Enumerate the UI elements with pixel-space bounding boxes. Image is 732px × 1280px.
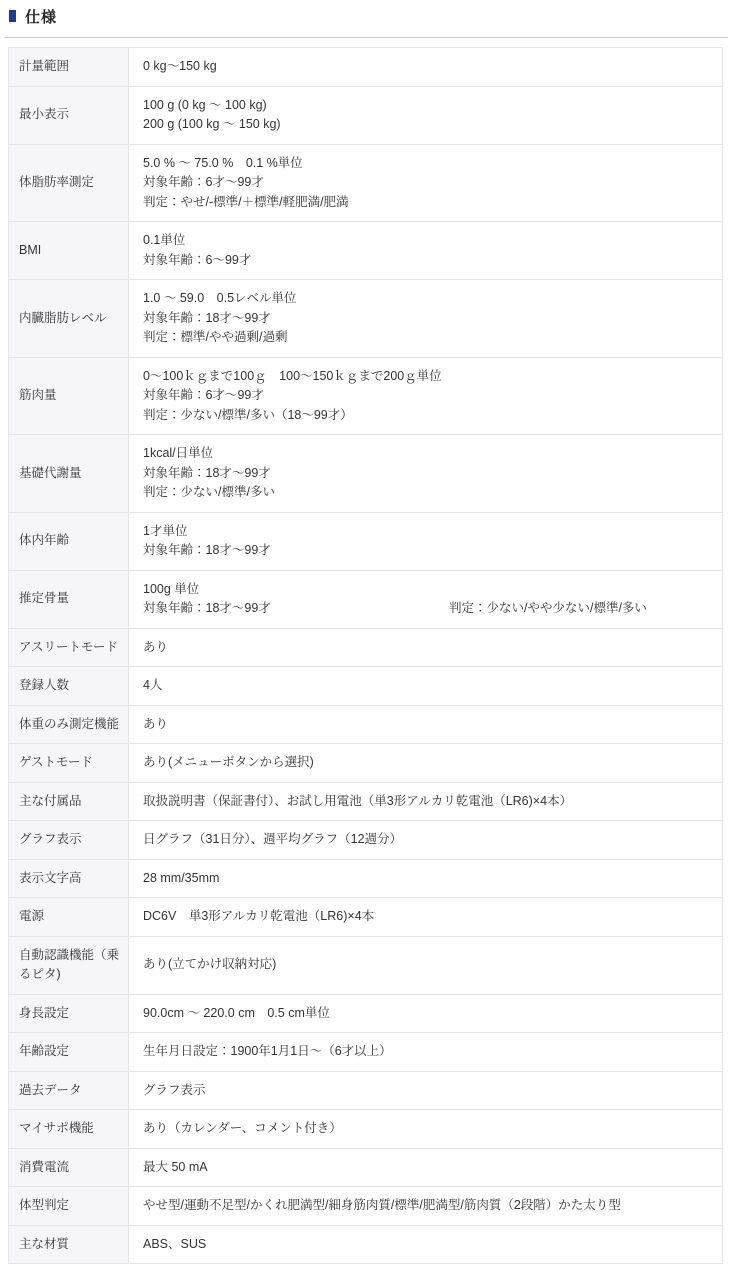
spec-value-text: 28 mm/35mm (143, 871, 219, 885)
spec-label: 体脂肪率測定 (9, 144, 129, 222)
spec-value: 1.0 ～ 59.0 0.5レベル単位対象年齢：18才～99才判定：標準/やや過… (129, 280, 723, 358)
spec-value-text: 判定：やせ/-標準/＋標準/軽肥満/肥満 (143, 195, 349, 209)
spec-row: 体内年齢1才単位対象年齢：18才～99才 (9, 512, 723, 570)
spec-value-line: 90.0cm ～ 220.0 cm 0.5 cm単位 (143, 1004, 712, 1024)
spec-value-text: 1才単位 (143, 524, 187, 538)
spec-row: グラフ表示日グラフ（31日分）、週平均グラフ（12週分） (9, 821, 723, 860)
spec-value-text: 対象年齢：18才～99才 (143, 601, 271, 615)
spec-value-text: 生年月日設定：1900年1月1日～（6才以上） (143, 1044, 392, 1058)
spec-value-text: 対象年齢：6才～99才 (143, 175, 264, 189)
spec-value-line: あり（カレンダー、コメント付き） (143, 1119, 712, 1139)
spec-label: 年齢設定 (9, 1033, 129, 1072)
spec-value-line: 生年月日設定：1900年1月1日～（6才以上） (143, 1042, 712, 1062)
spec-value-line: 4人 (143, 676, 712, 696)
spec-row: 筋肉量0～100ｋｇまで100ｇ 100～150ｋｇまで200ｇ単位対象年齢：6… (9, 357, 723, 435)
spec-row: 体重のみ測定機能あり (9, 705, 723, 744)
spec-row: ゲストモードあり(メニューボタンから選択) (9, 744, 723, 783)
spec-value-line: 0.1単位 (143, 231, 712, 251)
spec-value-line: 対象年齢：6～99才 (143, 251, 712, 271)
spec-label: グラフ表示 (9, 821, 129, 860)
section-bullet-icon (9, 10, 16, 22)
spec-value-line: ABS、SUS (143, 1235, 712, 1255)
spec-label: 体内年齢 (9, 512, 129, 570)
spec-value-line: あり (143, 638, 712, 658)
spec-value: ABS、SUS (129, 1225, 723, 1264)
spec-value-line: 100 g (0 kg ～ 100 kg) (143, 96, 712, 116)
spec-label: 体型判定 (9, 1187, 129, 1226)
spec-value: 最大 50 mA (129, 1148, 723, 1187)
header-divider (4, 37, 728, 38)
spec-value: 4人 (129, 667, 723, 706)
spec-value-text: 判定：少ない/標準/多い（18～99才） (143, 408, 353, 422)
spec-row: 最小表示100 g (0 kg ～ 100 kg)200 g (100 kg ～… (9, 86, 723, 144)
spec-value-text: 日グラフ（31日分）、週平均グラフ（12週分） (143, 832, 402, 846)
spec-label: ゲストモード (9, 744, 129, 783)
spec-row: 体型判定やせ型/運動不足型/かくれ肥満型/細身筋肉質/標準/肥満型/筋肉質（2段… (9, 1187, 723, 1226)
spec-value-text: DC6V 単3形アルカリ乾電池（LR6)×4本 (143, 909, 374, 923)
spec-value: やせ型/運動不足型/かくれ肥満型/細身筋肉質/標準/肥満型/筋肉質（2段階）かた… (129, 1187, 723, 1226)
spec-value: 1kcal/日単位対象年齢：18才～99才判定：少ない/標準/多い (129, 435, 723, 513)
spec-row: 登録人数4人 (9, 667, 723, 706)
spec-value-line: 1.0 ～ 59.0 0.5レベル単位 (143, 289, 712, 309)
spec-value: あり（カレンダー、コメント付き） (129, 1110, 723, 1149)
spec-row: 自動認識機能（乗るピタ)あり(立てかけ収納対応) (9, 936, 723, 994)
spec-value-text: 100g 単位 (143, 582, 199, 596)
spec-value: 90.0cm ～ 220.0 cm 0.5 cm単位 (129, 994, 723, 1033)
spec-label: 電源 (9, 898, 129, 937)
spec-value-line: 対象年齢：18才～99才 (143, 541, 712, 561)
spec-value-line: 28 mm/35mm (143, 869, 712, 889)
spec-value-text: 5.0 % ～ 75.0 % 0.1 %単位 (143, 156, 303, 170)
spec-value: 0 kg～150 kg (129, 48, 723, 87)
spec-value-line: グラフ表示 (143, 1081, 712, 1101)
spec-value: 日グラフ（31日分）、週平均グラフ（12週分） (129, 821, 723, 860)
spec-value-text: 対象年齢：18才～99才 (143, 311, 271, 325)
spec-label: 基礎代謝量 (9, 435, 129, 513)
spec-value-text: あり（カレンダー、コメント付き） (143, 1121, 342, 1135)
spec-value-text: 0.1単位 (143, 233, 185, 247)
spec-value-line: 対象年齢：18才～99才判定：少ない/やや少ない/標準/多い (143, 599, 712, 619)
spec-value: 100g 単位対象年齢：18才～99才判定：少ない/やや少ない/標準/多い (129, 570, 723, 628)
spec-value: 0.1単位対象年齢：6～99才 (129, 222, 723, 280)
spec-value-text: 対象年齢：18才～99才 (143, 543, 271, 557)
spec-value-line: 判定：少ない/標準/多い (143, 483, 712, 503)
spec-row: 計量範囲0 kg～150 kg (9, 48, 723, 87)
spec-value: DC6V 単3形アルカリ乾電池（LR6)×4本 (129, 898, 723, 937)
spec-label: 過去データ (9, 1071, 129, 1110)
spec-value-line: あり(立てかけ収納対応) (143, 955, 712, 975)
spec-value-text: 1kcal/日単位 (143, 446, 213, 460)
spec-value-line: 判定：標準/やや過剰/過剰 (143, 328, 712, 348)
spec-value: あり (129, 705, 723, 744)
spec-row: マイサポ機能あり（カレンダー、コメント付き） (9, 1110, 723, 1149)
spec-value-line: 0～100ｋｇまで100ｇ 100～150ｋｇまで200ｇ単位 (143, 367, 712, 387)
spec-row: 内臓脂肪レベル1.0 ～ 59.0 0.5レベル単位対象年齢：18才～99才判定… (9, 280, 723, 358)
spec-value-text: 最大 50 mA (143, 1160, 208, 1174)
spec-value: 100 g (0 kg ～ 100 kg)200 g (100 kg ～ 150… (129, 86, 723, 144)
spec-value-note: 判定：少ない/やや少ない/標準/多い (449, 599, 647, 619)
spec-value-line: 1才単位 (143, 522, 712, 542)
spec-row: 主な付属品取扱説明書（保証書付）、お試し用電池（単3形アルカリ乾電池（LR6)×… (9, 782, 723, 821)
spec-value-text: あり (143, 717, 168, 731)
spec-value: 取扱説明書（保証書付）、お試し用電池（単3形アルカリ乾電池（LR6)×4本） (129, 782, 723, 821)
spec-value-text: 100 g (0 kg ～ 100 kg) (143, 98, 267, 112)
section-header: 仕様 (0, 6, 732, 26)
spec-value-line: 判定：少ない/標準/多い（18～99才） (143, 406, 712, 426)
spec-value: あり (129, 628, 723, 667)
spec-value-line: 対象年齢：6才～99才 (143, 173, 712, 193)
spec-value-text: 4人 (143, 678, 162, 692)
spec-table: 計量範囲0 kg～150 kg最小表示100 g (0 kg ～ 100 kg)… (8, 47, 723, 1264)
spec-value: 1才単位対象年齢：18才～99才 (129, 512, 723, 570)
page: 仕様 計量範囲0 kg～150 kg最小表示100 g (0 kg ～ 100 … (0, 0, 732, 1264)
spec-value-text: やせ型/運動不足型/かくれ肥満型/細身筋肉質/標準/肥満型/筋肉質（2段階）かた… (143, 1198, 621, 1212)
spec-row: BMI0.1単位対象年齢：6～99才 (9, 222, 723, 280)
spec-value-text: 判定：少ない/標準/多い (143, 485, 275, 499)
spec-value-text: あり(立てかけ収納対応) (143, 957, 276, 971)
spec-value-line: 200 g (100 kg ～ 150 kg) (143, 115, 712, 135)
spec-label: マイサポ機能 (9, 1110, 129, 1149)
spec-value-text: 1.0 ～ 59.0 0.5レベル単位 (143, 291, 297, 305)
spec-value: 生年月日設定：1900年1月1日～（6才以上） (129, 1033, 723, 1072)
spec-label: 主な材質 (9, 1225, 129, 1264)
spec-row: 推定骨量100g 単位対象年齢：18才～99才判定：少ない/やや少ない/標準/多… (9, 570, 723, 628)
spec-label: 表示文字高 (9, 859, 129, 898)
spec-value-line: あり (143, 715, 712, 735)
spec-value-line: 対象年齢：18才～99才 (143, 464, 712, 484)
spec-row: 身長設定90.0cm ～ 220.0 cm 0.5 cm単位 (9, 994, 723, 1033)
spec-row: 年齢設定生年月日設定：1900年1月1日～（6才以上） (9, 1033, 723, 1072)
spec-value-text: 90.0cm ～ 220.0 cm 0.5 cm単位 (143, 1006, 330, 1020)
spec-row: 体脂肪率測定5.0 % ～ 75.0 % 0.1 %単位対象年齢：6才～99才判… (9, 144, 723, 222)
spec-label: 推定骨量 (9, 570, 129, 628)
spec-row: 消費電流最大 50 mA (9, 1148, 723, 1187)
spec-row: 表示文字高28 mm/35mm (9, 859, 723, 898)
spec-value-line: あり(メニューボタンから選択) (143, 753, 712, 773)
spec-value-text: 0～100ｋｇまで100ｇ 100～150ｋｇまで200ｇ単位 (143, 369, 442, 383)
spec-value-line: 0 kg～150 kg (143, 57, 712, 77)
spec-value: グラフ表示 (129, 1071, 723, 1110)
spec-value-text: 200 g (100 kg ～ 150 kg) (143, 117, 281, 131)
spec-value-line: やせ型/運動不足型/かくれ肥満型/細身筋肉質/標準/肥満型/筋肉質（2段階）かた… (143, 1196, 712, 1216)
spec-row: 主な材質ABS、SUS (9, 1225, 723, 1264)
spec-value-text: 判定：標準/やや過剰/過剰 (143, 330, 287, 344)
spec-row: アスリートモードあり (9, 628, 723, 667)
spec-label: 内臓脂肪レベル (9, 280, 129, 358)
spec-value-line: 5.0 % ～ 75.0 % 0.1 %単位 (143, 154, 712, 174)
spec-label: 主な付属品 (9, 782, 129, 821)
spec-label: 最小表示 (9, 86, 129, 144)
spec-row: 基礎代謝量1kcal/日単位対象年齢：18才～99才判定：少ない/標準/多い (9, 435, 723, 513)
spec-value-text: グラフ表示 (143, 1083, 206, 1097)
spec-value-text: 取扱説明書（保証書付）、お試し用電池（単3形アルカリ乾電池（LR6)×4本） (143, 794, 572, 808)
spec-value-line: 100g 単位 (143, 580, 712, 600)
spec-value-text: 対象年齢：18才～99才 (143, 466, 271, 480)
spec-label: 消費電流 (9, 1148, 129, 1187)
spec-label: 身長設定 (9, 994, 129, 1033)
spec-label: 自動認識機能（乗るピタ) (9, 936, 129, 994)
spec-value-line: 対象年齢：18才～99才 (143, 309, 712, 329)
spec-row: 過去データグラフ表示 (9, 1071, 723, 1110)
spec-value-text: 対象年齢：6～99才 (143, 253, 251, 267)
spec-value-text: 対象年齢：6才～99才 (143, 388, 264, 402)
spec-value-text: 0 kg～150 kg (143, 59, 217, 73)
spec-value-text: ABS、SUS (143, 1237, 206, 1251)
spec-label: アスリートモード (9, 628, 129, 667)
spec-value-line: DC6V 単3形アルカリ乾電池（LR6)×4本 (143, 907, 712, 927)
spec-value-line: 1kcal/日単位 (143, 444, 712, 464)
spec-label: 体重のみ測定機能 (9, 705, 129, 744)
spec-value-line: 最大 50 mA (143, 1158, 712, 1178)
spec-value-line: 取扱説明書（保証書付）、お試し用電池（単3形アルカリ乾電池（LR6)×4本） (143, 792, 712, 812)
spec-value: あり(立てかけ収納対応) (129, 936, 723, 994)
spec-value-text: あり(メニューボタンから選択) (143, 755, 314, 769)
spec-label: 計量範囲 (9, 48, 129, 87)
spec-value: 0～100ｋｇまで100ｇ 100～150ｋｇまで200ｇ単位対象年齢：6才～9… (129, 357, 723, 435)
spec-value: 5.0 % ～ 75.0 % 0.1 %単位対象年齢：6才～99才判定：やせ/-… (129, 144, 723, 222)
page-title: 仕様 (25, 6, 57, 27)
spec-value-line: 日グラフ（31日分）、週平均グラフ（12週分） (143, 830, 712, 850)
spec-value-line: 判定：やせ/-標準/＋標準/軽肥満/肥満 (143, 193, 712, 213)
spec-value: あり(メニューボタンから選択) (129, 744, 723, 783)
spec-value-line: 対象年齢：6才～99才 (143, 386, 712, 406)
spec-label: BMI (9, 222, 129, 280)
spec-value-text: あり (143, 640, 168, 654)
spec-label: 筋肉量 (9, 357, 129, 435)
spec-row: 電源DC6V 単3形アルカリ乾電池（LR6)×4本 (9, 898, 723, 937)
spec-value: 28 mm/35mm (129, 859, 723, 898)
spec-label: 登録人数 (9, 667, 129, 706)
